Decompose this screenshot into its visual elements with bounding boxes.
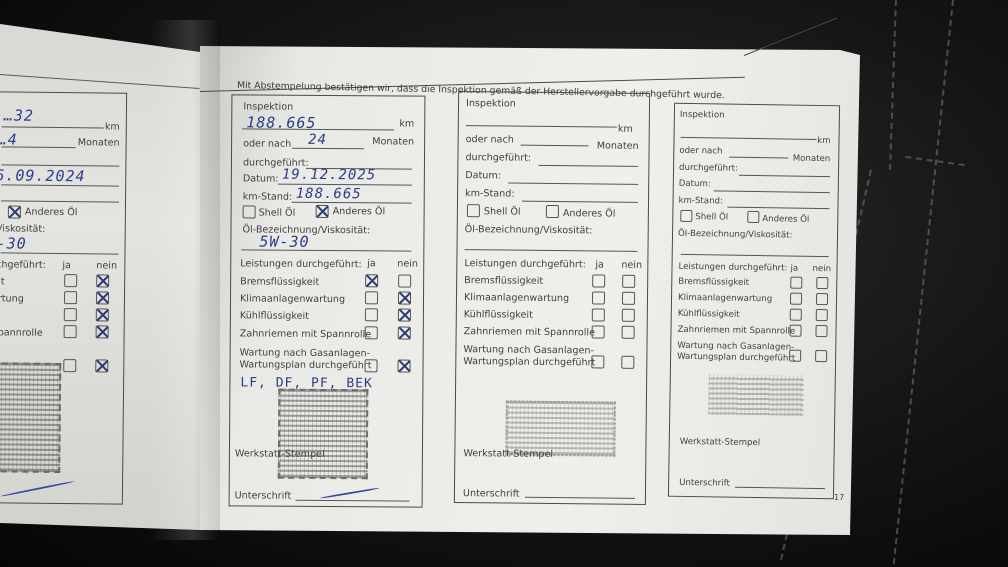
seat-seam bbox=[893, 0, 954, 564]
seat-seam bbox=[889, 0, 897, 170]
service-3-ja[interactable] bbox=[789, 325, 801, 337]
service-3-nein[interactable] bbox=[622, 326, 635, 339]
service-1-ja[interactable] bbox=[365, 291, 378, 304]
viscosity-value[interactable]: 5W-30 bbox=[259, 233, 309, 251]
km-stand-value[interactable]: 188.665 bbox=[296, 186, 362, 202]
anderes-oel-checkbox[interactable] bbox=[747, 211, 759, 223]
service-4-nein[interactable] bbox=[95, 359, 108, 372]
signature bbox=[1, 480, 75, 497]
service-1-nein[interactable] bbox=[622, 292, 635, 305]
service-4-ja[interactable] bbox=[789, 350, 801, 362]
inspection-card-3: Inspektion km oder nach Monaten durchgef… bbox=[668, 103, 840, 500]
service-2-nein[interactable] bbox=[96, 308, 109, 321]
service-0-nein[interactable] bbox=[398, 274, 411, 287]
service-0-ja[interactable] bbox=[790, 277, 802, 289]
service-1-nein[interactable] bbox=[398, 291, 411, 304]
service-4-nein[interactable] bbox=[398, 359, 411, 372]
service-1-ja[interactable] bbox=[790, 293, 802, 305]
service-2-ja[interactable] bbox=[365, 308, 378, 321]
service-4-nein[interactable] bbox=[815, 350, 827, 362]
service-1-ja[interactable] bbox=[592, 291, 605, 304]
service-2-nein[interactable] bbox=[816, 309, 828, 321]
service-0-nein[interactable] bbox=[816, 277, 828, 289]
viskositaet-label: /Viskosität: bbox=[0, 223, 45, 235]
date-value[interactable]: 19.12.2025 bbox=[282, 167, 376, 184]
shell-oel-checkbox[interactable] bbox=[680, 210, 692, 222]
service-4-ja[interactable] bbox=[63, 359, 76, 372]
service-3-ja[interactable] bbox=[64, 325, 77, 338]
page-number: 17 bbox=[834, 493, 844, 502]
workshop-stamp bbox=[278, 389, 369, 480]
service-4-ja[interactable] bbox=[591, 355, 604, 368]
service-2-ja[interactable] bbox=[64, 308, 77, 321]
service-2-ja[interactable] bbox=[790, 309, 802, 321]
service-2-nein[interactable] bbox=[622, 309, 635, 322]
service-4-nein[interactable] bbox=[621, 356, 634, 369]
anderes-oel-checkbox[interactable] bbox=[546, 205, 559, 218]
handwritten-km: …32 bbox=[4, 106, 34, 124]
service-1-nein[interactable] bbox=[816, 293, 828, 305]
service-3-nein[interactable] bbox=[96, 325, 109, 338]
handwritten-viscosity: …-30 bbox=[0, 234, 27, 252]
shell-oel-checkbox[interactable] bbox=[467, 204, 480, 217]
service-1-ja[interactable] bbox=[64, 291, 77, 304]
inspection-card-previous: …32 km …4 Monaten …6.09.2024 Anderes Öl … bbox=[0, 91, 127, 504]
service-3-nein[interactable] bbox=[398, 326, 411, 339]
service-0-nein[interactable] bbox=[96, 274, 109, 287]
anderes-oel-checkbox[interactable] bbox=[8, 205, 21, 218]
service-2-ja[interactable] bbox=[592, 308, 605, 321]
months-value[interactable]: 24 bbox=[308, 132, 327, 148]
shell-oel-checkbox[interactable] bbox=[243, 205, 256, 218]
service-0-ja[interactable] bbox=[592, 274, 605, 287]
handwritten-date: …6.09.2024 bbox=[0, 166, 86, 185]
service-0-nein[interactable] bbox=[622, 275, 635, 288]
workshop-stamp bbox=[0, 362, 61, 473]
service-3-ja[interactable] bbox=[365, 326, 378, 339]
service-2-nein[interactable] bbox=[398, 308, 411, 321]
service-4-ja[interactable] bbox=[365, 359, 378, 372]
service-0-ja[interactable] bbox=[365, 274, 378, 287]
service-0-ja[interactable] bbox=[64, 274, 77, 287]
anderes-oel-checkbox[interactable] bbox=[316, 205, 329, 218]
service-3-ja[interactable] bbox=[592, 325, 605, 338]
signature bbox=[320, 487, 379, 499]
service-3-nein[interactable] bbox=[815, 325, 827, 337]
inspection-card-2: Inspektion km oder nach Monaten durchgef… bbox=[454, 91, 650, 505]
service-1-nein[interactable] bbox=[96, 291, 109, 304]
workshop-stamp bbox=[708, 374, 804, 415]
inspection-card-1: Inspektion 188.665 km oder nach 24 Monat… bbox=[229, 94, 426, 507]
